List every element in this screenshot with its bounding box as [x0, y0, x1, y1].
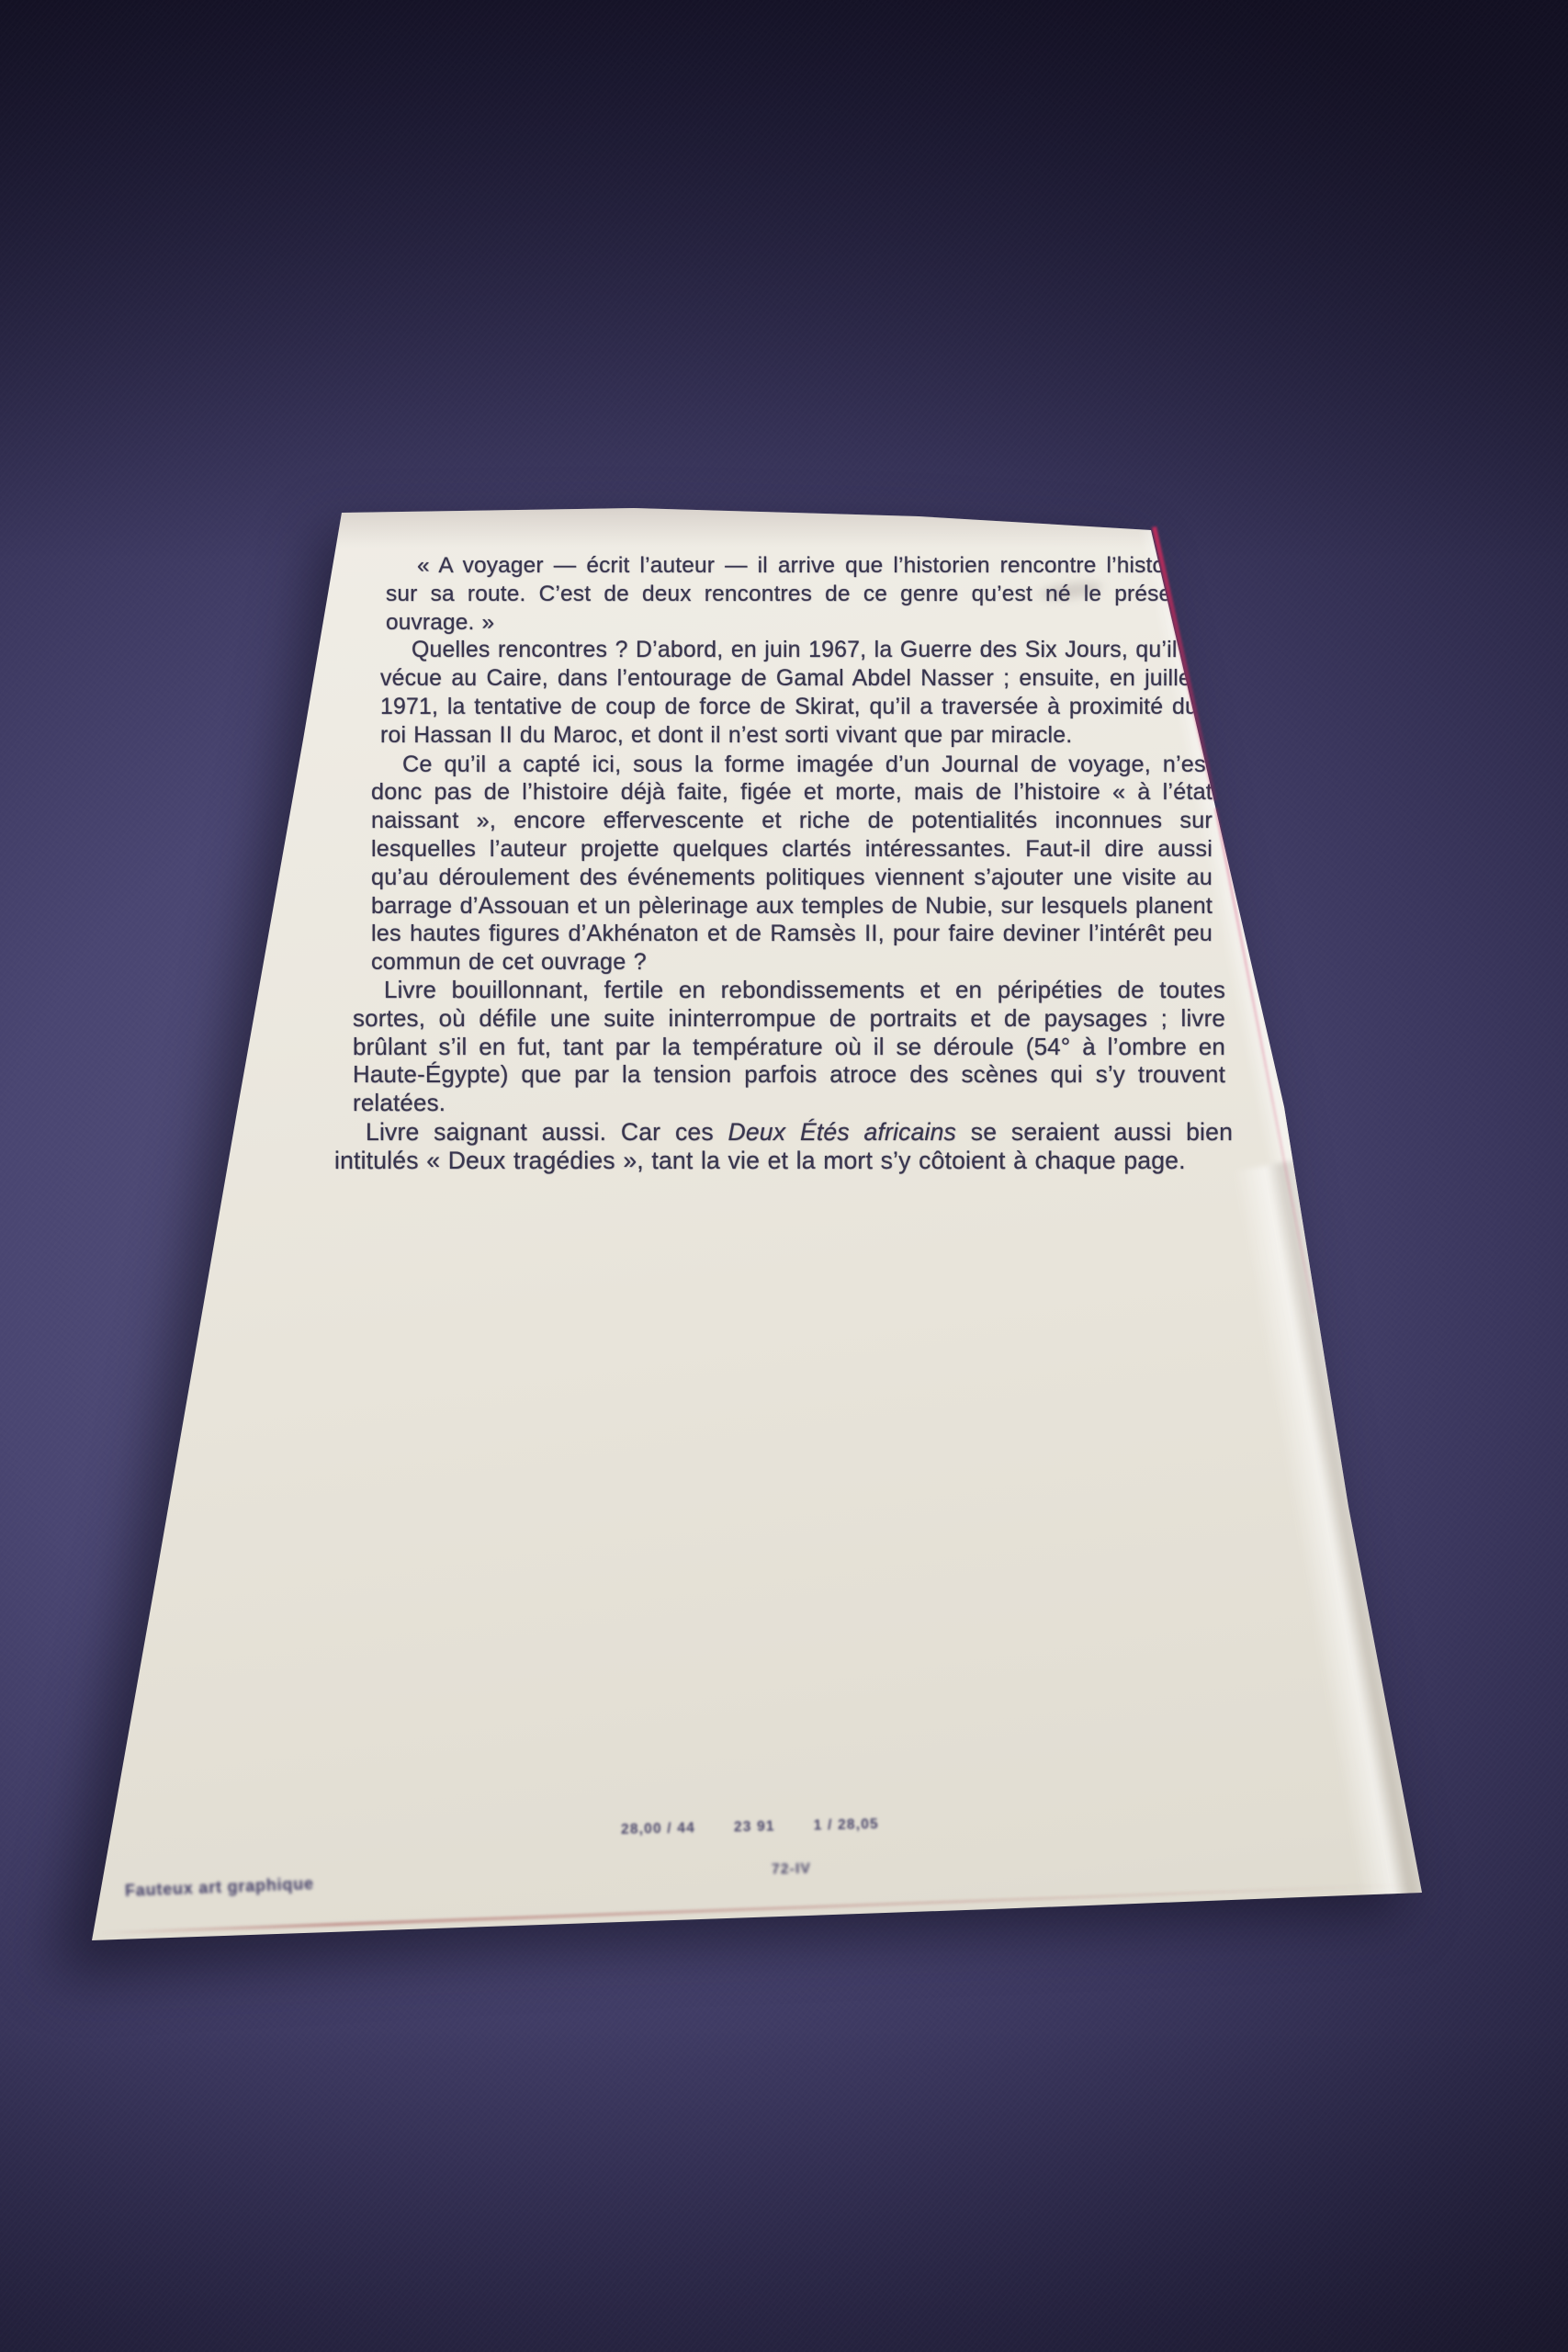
blurb-paragraph: « A voyager — écrit l’auteur — il arrive…	[386, 552, 1190, 637]
printer-code-secondary: 72-IV	[772, 1861, 811, 1879]
printer-code: 1 / 28,05	[814, 1816, 880, 1834]
blurb-paragraph: Livre saignant aussi. Car ces Deux Étés …	[334, 1118, 1233, 1175]
blurb-run: Ce qu’il a capté ici, sous la forme imag…	[371, 752, 1213, 976]
photo-scene: « A voyager — écrit l’auteur — il arrive…	[0, 0, 1568, 2352]
blurb-run: Livre bouillonnant, fertile en rebondiss…	[353, 978, 1225, 1116]
blurb-run: « A voyager — écrit l’auteur — il arrive…	[386, 553, 1190, 635]
blurb-run: Quelles rencontres ? D’abord, en juin 19…	[380, 638, 1198, 747]
blurb-paragraph: Ce qu’il a capté ici, sous la forme imag…	[371, 751, 1213, 977]
blurb-run: Livre saignant aussi. Car ces	[366, 1118, 728, 1146]
printer-code: 28,00 / 44	[621, 1820, 695, 1838]
blurb-text-block: « A voyager — écrit l’auteur — il arrive…	[338, 552, 1266, 1175]
blurb-run-italic: Deux Étés africains	[728, 1118, 956, 1146]
blurb-paragraph: Quelles rencontres ? D’abord, en juin 19…	[380, 637, 1198, 750]
printer-code: 23 91	[734, 1818, 775, 1836]
blurb-paragraph: Livre bouillonnant, fertile en rebondiss…	[353, 977, 1225, 1118]
